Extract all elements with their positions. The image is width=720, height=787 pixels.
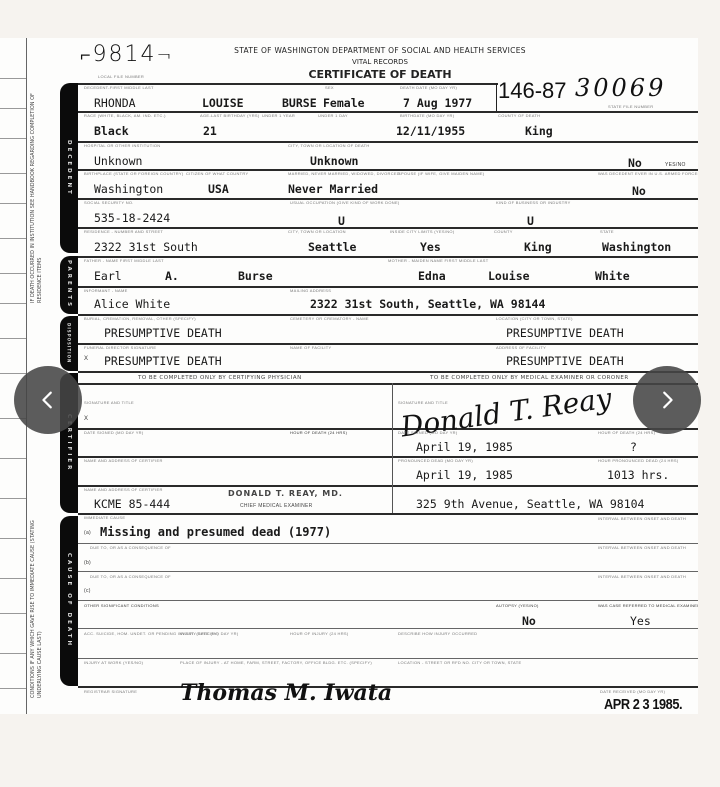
ssn: 535-18-2424: [94, 211, 170, 225]
decedent-middle-name: LOUISE: [202, 96, 244, 110]
label-date-received: DATE RECEIVED (MO DAY YR): [600, 689, 665, 694]
next-image-button[interactable]: [633, 366, 701, 434]
father-first-name: Earl: [94, 269, 122, 283]
label-spouse: SPOUSE (IF WIFE, GIVE MAIDEN NAME): [398, 171, 484, 176]
local-file-number: ⌐9814¬: [80, 42, 174, 67]
state-file-number: 30069: [575, 74, 666, 102]
b-mark: (b): [84, 560, 91, 566]
side-note-conditions: CONDITIONS IF ANY WHICH GAVE RISE TO IMM…: [30, 518, 44, 698]
label-hospital: HOSPITAL OR OTHER INSTITUTION: [84, 143, 160, 148]
label-informant: INFORMANT - NAME: [84, 288, 128, 293]
referred-to-me: Yes: [630, 614, 651, 628]
label-age: AGE-LAST BIRTHDAY (YRS): [200, 113, 260, 118]
mother-first-name: Edna: [418, 269, 446, 283]
a-mark: (a): [84, 530, 91, 536]
kind-of-business: U: [527, 214, 534, 228]
label-hour-pronounced: HOUR PRONOUNCED DEAD (24 HRS): [598, 458, 679, 463]
funeral-director: PRESUMPTIVE DEATH: [104, 354, 222, 368]
label-mailing-address: MAILING ADDRESS: [290, 288, 331, 293]
immediate-cause: Missing and presumed dead (1977): [100, 525, 331, 539]
mother-middle-name: Louise: [488, 269, 530, 283]
label-disposition: BURIAL, CREMATION, REMOVAL, OTHER (SPECI…: [84, 316, 196, 321]
label-due-to-1: DUE TO, OR AS A CONSEQUENCE OF: [90, 545, 171, 550]
label-facility-address: ADDRESS OF FACILITY: [496, 345, 546, 350]
hour-of-death: ?: [630, 440, 637, 454]
yes-no-hint: YES/NO: [665, 162, 686, 168]
label-interval-3: INTERVAL BETWEEN ONSET AND DEATH: [598, 574, 686, 579]
label-interval-1: INTERVAL BETWEEN ONSET AND DEATH: [598, 516, 686, 521]
father-last-name: Burse: [238, 269, 273, 283]
section-tab-disposition: DISPOSITION: [60, 316, 78, 371]
autopsy: No: [522, 614, 536, 628]
label-funeral-director: FUNERAL DIRECTOR SIGNATURE: [84, 345, 156, 350]
label-marital-status: MARRIED, NEVER MARRIED, WIDOWED, DIVORCE…: [288, 171, 400, 176]
hospital: Unknown: [94, 154, 142, 168]
c-mark: (c): [84, 588, 91, 594]
label-due-to-2: DUE TO, OR AS A CONSEQUENCE OF: [90, 574, 171, 579]
decedent-first-name: RHONDA: [94, 96, 136, 110]
label-business: KIND OF BUSINESS OR INDUSTRY: [496, 200, 571, 205]
label-interval-2: INTERVAL BETWEEN ONSET AND DEATH: [598, 545, 686, 550]
residence-county: King: [524, 240, 552, 254]
certifier-physician-header: TO BE COMPLETED ONLY BY CERTIFYING PHYSI…: [138, 375, 302, 381]
label-city: CITY, TOWN OR LOCATION: [288, 229, 346, 234]
label-certifier-name: NAME AND ADDRESS OF CERTIFIER: [84, 487, 163, 492]
agency-name: STATE OF WASHINGTON DEPARTMENT OF SOCIAL…: [200, 46, 560, 55]
local-file-label: LOCAL FILE NUMBER: [98, 74, 144, 79]
hospital-other-answer: No: [628, 156, 642, 170]
label-occupation: USUAL OCCUPATION (GIVE KIND OF WORK DONE…: [290, 200, 400, 205]
label-city-of-death: CITY, TOWN OR LOCATION OF DEATH: [288, 143, 370, 148]
label-under-1-day: UNDER 1 DAY: [318, 113, 348, 118]
residence-state: Washington: [602, 240, 671, 254]
certifier-me-header: TO BE COMPLETED ONLY BY MEDICAL EXAMINER…: [430, 375, 629, 381]
facility-address: PRESUMPTIVE DEATH: [506, 354, 624, 368]
label-birthplace: BIRTHPLACE (STATE OR FOREIGN COUNTRY): [84, 171, 183, 176]
label-decedent-name: DECEDENT-FIRST MIDDLE LAST: [84, 85, 154, 90]
hour-pronounced: 1013 hrs.: [607, 468, 669, 482]
label-other-conditions: OTHER SIGNIFICANT CONDITIONS: [84, 603, 159, 608]
chevron-right-icon: [656, 389, 678, 411]
decedent-age: 21: [203, 124, 217, 138]
date-received-stamp: APR 2 3 1985.: [604, 696, 682, 713]
county-of-death: King: [525, 124, 553, 138]
label-injury-at-work: INJURY AT WORK (YES/NO): [84, 660, 143, 665]
decedent-sex: Female: [323, 96, 365, 110]
label-registrar: REGISTRAR SIGNATURE: [84, 689, 137, 694]
label-signature-title-physician: SIGNATURE AND TITLE: [84, 400, 134, 405]
certifier-name: DONALD T. REAY, MD.: [228, 489, 343, 498]
label-cemetery: CEMETERY OR CREMATORY - NAME: [290, 316, 369, 321]
label-pronounced-dead: PRONOUNCED DEAD (MO DAY YR): [398, 458, 473, 463]
mother-last-name: White: [595, 269, 630, 283]
decedent-last-name: BURSE: [282, 96, 317, 110]
date-of-death: 7 Aug 1977: [403, 96, 472, 110]
label-inside-city: INSIDE CITY LIMITS (YES/NO): [390, 229, 454, 234]
usual-occupation: U: [338, 214, 345, 228]
label-date-of-death: DEATH DATE (MO DAY YR): [400, 85, 457, 90]
x-mark: X: [84, 356, 88, 362]
label-injury-date: INJURY DATE (MO DAY YR): [180, 631, 238, 636]
certifier-address: 325 9th Avenue, Seattle, WA 98104: [416, 497, 644, 511]
informant-name: Alice White: [94, 297, 170, 311]
marital-status: Never Married: [288, 182, 378, 196]
label-father: FATHER - NAME FIRST MIDDLE LAST: [84, 258, 164, 263]
label-date-signed-me: DATE SIGNED (MO DAY YR): [398, 430, 458, 435]
label-race: RACE (WHITE, BLACK, AM. IND. ETC.): [84, 113, 166, 118]
state-file-prefix: 146-87: [498, 78, 567, 104]
label-hour-of-death-physician: HOUR OF DEATH (24 HRS): [290, 430, 347, 435]
decedent-race: Black: [94, 124, 129, 138]
label-state: STATE: [600, 229, 614, 234]
label-mother: MOTHER - MAIDEN NAME FIRST MIDDLE LAST: [388, 258, 488, 263]
label-ssn: SOCIAL SECURITY NO.: [84, 200, 134, 205]
state-file-label: STATE FILE NUMBER: [608, 104, 653, 109]
label-certifier-name-physician: NAME AND ADDRESS OF CERTIFIER: [84, 458, 163, 463]
section-tab-parents: PARENTS: [60, 256, 78, 314]
decedent-birthdate: 12/11/1955: [396, 124, 465, 138]
label-birthdate: BIRTHDATE (MO DAY YR): [400, 113, 454, 118]
label-hour-of-death-me: HOUR OF DEATH (24 HRS): [598, 430, 655, 435]
birth-state: Washington: [94, 182, 163, 196]
section-tab-decedent: DECEDENT: [60, 83, 78, 253]
date-signed: April 19, 1985: [416, 440, 513, 454]
label-location: LOCATION (CITY OR TOWN, STATE): [496, 316, 573, 321]
informant-mailing-address: 2322 31st South, Seattle, WA 98144: [310, 297, 545, 311]
label-armed-forces: WAS DECEDENT EVER IN U.S. ARMED FORCES? …: [598, 171, 698, 176]
label-referred-to-me: WAS CASE REFERRED TO MEDICAL EXAMINER OR…: [598, 603, 698, 608]
side-note-residence: IF DEATH OCCURRED IN INSTITUTION SEE HAN…: [30, 88, 44, 303]
residence-city: Seattle: [308, 240, 356, 254]
residence-street: 2322 31st South: [94, 240, 198, 254]
section-tab-cause-of-death: CAUSE OF DEATH: [60, 516, 78, 686]
previous-image-button[interactable]: [14, 366, 82, 434]
registrar-signature: Thomas M. Iwata: [180, 680, 392, 706]
label-date-signed-physician: DATE SIGNED (MO DAY YR): [84, 430, 144, 435]
label-county-of-death: COUNTY OF DEATH: [498, 113, 540, 118]
label-county: COUNTY: [494, 229, 513, 234]
x-mark-physician: X: [84, 416, 88, 422]
disposition-location: PRESUMPTIVE DEATH: [506, 326, 624, 340]
armed-forces: No: [632, 184, 646, 198]
label-sex: SEX: [325, 85, 334, 90]
label-citizen: CITIZEN OF WHAT COUNTRY: [186, 171, 248, 176]
city-of-death: Unknown: [310, 154, 358, 168]
label-autopsy: AUTOPSY (YES/NO): [496, 603, 539, 608]
label-injury-hour: HOUR OF INJURY (24 HRS): [290, 631, 349, 636]
label-under-1-year: UNDER 1 YEAR: [262, 113, 295, 118]
citizen-of: USA: [208, 182, 229, 196]
certifier-title: CHIEF MEDICAL EXAMINER: [240, 503, 313, 509]
disposition-method: PRESUMPTIVE DEATH: [104, 326, 222, 340]
pronounced-dead-date: April 19, 1985: [416, 468, 513, 482]
inside-city-limits: Yes: [420, 240, 441, 254]
label-place-of-injury: PLACE OF INJURY - AT HOME, FARM, STREET,…: [180, 660, 372, 665]
father-middle-name: A.: [165, 269, 179, 283]
label-injury-how: DESCRIBE HOW INJURY OCCURRED: [398, 631, 477, 636]
case-number: KCME 85-444: [94, 497, 170, 511]
label-residence: RESIDENCE - NUMBER AND STREET: [84, 229, 163, 234]
label-immediate-cause: IMMEDIATE CAUSE: [84, 515, 125, 520]
chevron-left-icon: [37, 389, 59, 411]
label-facility: NAME OF FACILITY: [290, 345, 331, 350]
death-certificate-image: IF DEATH OCCURRED IN INSTITUTION SEE HAN…: [0, 38, 698, 714]
label-injury-location: LOCATION - STREET OR RFD NO. CITY OR TOW…: [398, 660, 521, 665]
division-name: VITAL RECORDS: [200, 58, 560, 66]
